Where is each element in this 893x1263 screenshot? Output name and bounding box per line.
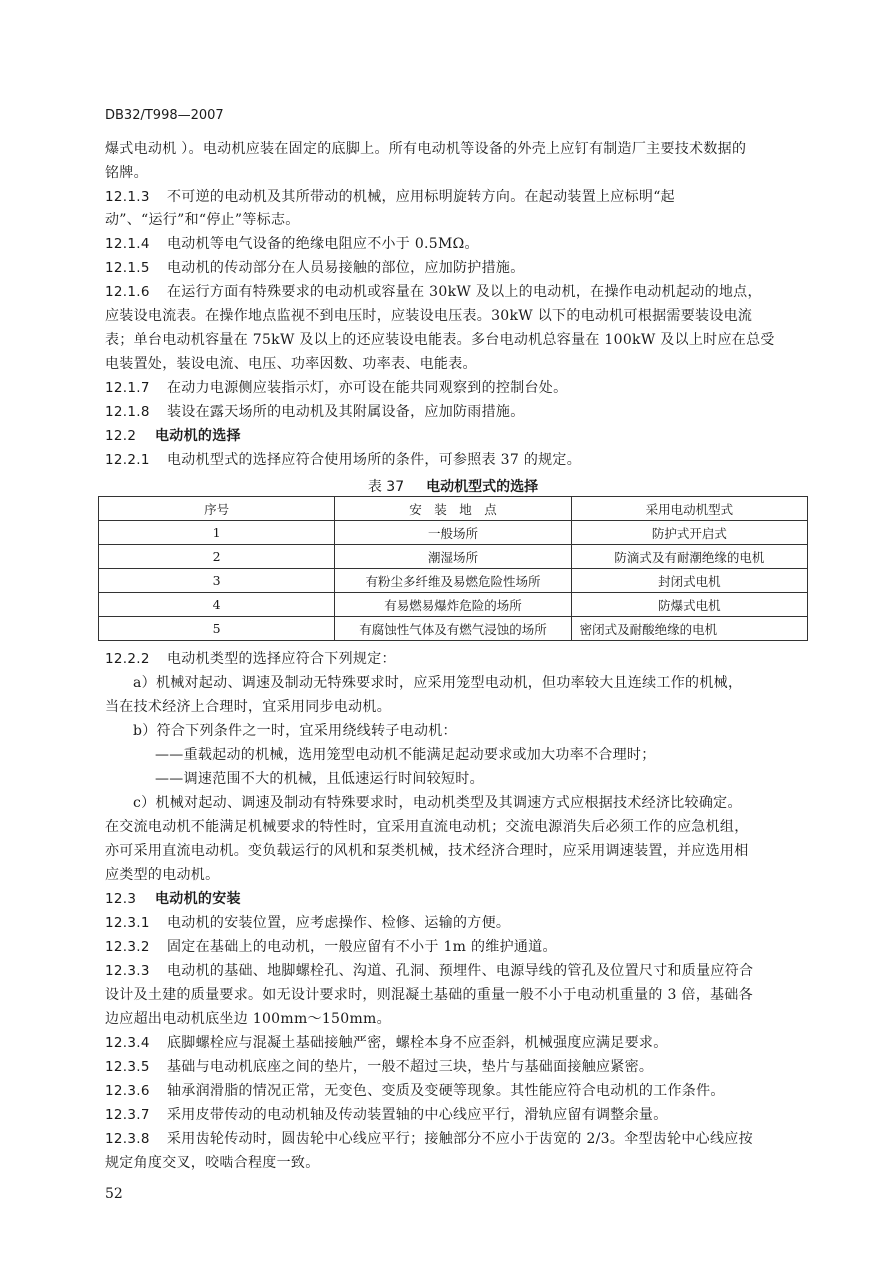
line-text: c）机械对起动、调速及制动有特殊要求时，电动机类型及其调速方式应根据技术经济比较… <box>133 795 742 811</box>
paragraph-line: 爆式电动机 ）。电动机应装在固定的底脚上。所有电动机等设备的外壳上应钉有制造厂主… <box>105 138 805 162</box>
clause-12-3-3: 12.3.3电动机的基础、地脚螺栓孔、沟道、孔洞、预埋件、电源导线的管孔及位置尺… <box>105 960 805 984</box>
clause-text: 不可逆的电动机及其所带动的机械，应用标明旋转方向。在起动装置上应标明“起 <box>167 189 675 205</box>
motor-type-table: 序号 安 装 地 点 采用电动机型式 1 一般场所 防护式开启式 2 潮湿场所 … <box>98 496 808 641</box>
clause-text: 轴承润滑脂的情况正常，无变色、变质及变硬等现象。其性能应符合电动机的工作条件。 <box>167 1083 725 1099</box>
section-number: 12.2 <box>105 425 155 449</box>
paragraph-line: 应类型的电动机。 <box>105 864 805 888</box>
line-text: 边应超出电动机底坐边 100mm～150mm。 <box>105 1011 391 1027</box>
table-cell: 潮湿场所 <box>335 545 571 569</box>
section-number: 12.3 <box>105 888 155 912</box>
list-item-c: c）机械对起动、调速及制动有特殊要求时，电动机类型及其调速方式应根据技术经济比较… <box>105 792 833 816</box>
clause-12-3-7: 12.3.7采用皮带传动的电动机轴及传动装置轴的中心线应平行，滑轨应留有调整余量… <box>105 1104 805 1128</box>
clause-12-1-6: 12.1.6在运行方面有特殊要求的电动机或容量在 30kW 及以上的电动机，在操… <box>105 281 805 305</box>
paragraph-line: 动”、“运行”和“停止”等标志。 <box>105 209 805 233</box>
clause-number: 12.3.3 <box>105 960 167 984</box>
table-cell: 一般场所 <box>335 521 571 545</box>
table-cell: 3 <box>99 569 335 593</box>
clause-text: 基础与电动机底座之间的垫片，一般不超过三块，垫片与基础面接触应紧密。 <box>167 1059 653 1075</box>
clause-12-3-5: 12.3.5基础与电动机底座之间的垫片，一般不超过三块，垫片与基础面接触应紧密。 <box>105 1056 805 1080</box>
table-caption: 表 37电动机型式的选择 <box>98 476 808 496</box>
page-number: 52 <box>105 1186 123 1202</box>
clause-number: 12.1.4 <box>105 233 167 257</box>
table-number: 表 37 <box>368 479 404 495</box>
clause-12-2-1: 12.2.1电动机型式的选择应符合使用场所的条件，可参照表 37 的规定。 <box>105 449 805 473</box>
list-item-a: a）机械对起动、调速及制动无特殊要求时，应采用笼型电动机，但功率较大且连续工作的… <box>105 672 833 696</box>
line-text: 爆式电动机 ）。电动机应装在固定的底脚上。所有电动机等设备的外壳上应钉有制造厂主… <box>105 141 746 157</box>
clause-number: 12.2.1 <box>105 449 167 473</box>
table-row: 1 一般场所 防护式开启式 <box>99 521 808 545</box>
paragraph-line: 铭牌。 <box>105 162 805 186</box>
table-row: 2 潮湿场所 防滴式及有耐潮绝缘的电机 <box>99 545 808 569</box>
clause-number: 12.3.7 <box>105 1104 167 1128</box>
table-cell: 有粉尘多纤维及易燃危险性场所 <box>335 569 571 593</box>
table-cell: 有腐蚀性气体及有燃气浸蚀的场所 <box>335 617 571 641</box>
line-text: 铭牌。 <box>105 165 148 181</box>
table-cell: 有易燃易爆炸危险的场所 <box>335 593 571 617</box>
line-text: ——调速范围不大的机械，且低速运行时间较短时。 <box>155 771 484 787</box>
clause-12-3-8: 12.3.8采用齿轮传动时，圆齿轮中心线应平行；接触部分不应小于齿宽的 2/3。… <box>105 1128 805 1152</box>
clause-number: 12.1.6 <box>105 281 167 305</box>
column-header: 序号 <box>99 497 335 521</box>
clause-12-1-8: 12.1.8装设在露天场所的电动机及其附属设备，应加防雨措施。 <box>105 401 805 425</box>
clause-number: 12.3.1 <box>105 912 167 936</box>
paragraph-line: 亦可采用直流电动机。变负载运行的风机和泵类机械，技术经济合理时，应采用调速装置，… <box>105 840 805 864</box>
clause-text: 采用皮带传动的电动机轴及传动装置轴的中心线应平行，滑轨应留有调整余量。 <box>167 1107 668 1123</box>
paragraph-line: 规定角度交叉，咬啮合程度一致。 <box>105 1152 805 1176</box>
line-text: a）机械对起动、调速及制动无特殊要求时，应采用笼型电动机，但功率较大且连续工作的… <box>133 675 742 691</box>
table-cell: 防爆式电机 <box>571 593 807 617</box>
clause-number: 12.3.8 <box>105 1128 167 1152</box>
dash-item: ——调速范围不大的机械，且低速运行时间较短时。 <box>105 768 855 792</box>
clause-number: 12.2.2 <box>105 648 167 672</box>
clause-12-1-5: 12.1.5电动机的传动部分在人员易接触的部位，应加防护措施。 <box>105 257 805 281</box>
clause-text: 装设在露天场所的电动机及其附属设备，应加防雨措施。 <box>167 404 525 420</box>
clause-text: 电动机类型的选择应符合下列规定： <box>167 651 396 667</box>
table-cell: 封闭式电机 <box>571 569 807 593</box>
clause-12-3-2: 12.3.2固定在基础上的电动机，一般应留有不小于 1m 的维护通道。 <box>105 936 805 960</box>
clause-text: 电动机的传动部分在人员易接触的部位，应加防护措施。 <box>167 260 525 276</box>
clause-12-3-6: 12.3.6轴承润滑脂的情况正常，无变色、变质及变硬等现象。其性能应符合电动机的… <box>105 1080 805 1104</box>
table-row: 3 有粉尘多纤维及易燃危险性场所 封闭式电机 <box>99 569 808 593</box>
line-text: 亦可采用直流电动机。变负载运行的风机和泵类机械，技术经济合理时，应采用调速装置，… <box>105 843 749 859</box>
section-heading-12-2: 12.2电动机的选择 <box>105 425 805 449</box>
clause-number: 12.1.3 <box>105 186 167 210</box>
table-cell: 2 <box>99 545 335 569</box>
line-text: 动”、“运行”和“停止”等标志。 <box>105 212 300 228</box>
table-cell: 密闭式及耐酸绝缘的电机 <box>571 617 807 641</box>
line-text: b）符合下列条件之一时，宜采用绕线转子电动机： <box>133 723 457 739</box>
clause-text: 电动机的基础、地脚螺栓孔、沟道、孔洞、预埋件、电源导线的管孔及位置尺寸和质量应符… <box>167 963 753 979</box>
paragraph-line: 应装设电流表。在操作地点监视不到电压时，应装设电压表。30kW 以下的电动机可根… <box>105 305 805 329</box>
clause-12-3-1: 12.3.1电动机的安装位置，应考虑操作、检修、运输的方便。 <box>105 912 805 936</box>
dash-item: ——重载起动的机械，选用笼型电动机不能满足起动要求或加大功率不合理时； <box>105 744 855 768</box>
column-header: 安 装 地 点 <box>335 497 571 521</box>
line-text: ——重载起动的机械，选用笼型电动机不能满足起动要求或加大功率不合理时； <box>155 747 656 763</box>
table-cell: 1 <box>99 521 335 545</box>
list-item-b: b）符合下列条件之一时，宜采用绕线转子电动机： <box>105 720 833 744</box>
table-header-row: 序号 安 装 地 点 采用电动机型式 <box>99 497 808 521</box>
clause-text: 采用齿轮传动时，圆齿轮中心线应平行；接触部分不应小于齿宽的 2/3。伞型齿轮中心… <box>167 1131 753 1147</box>
paragraph-line: 在交流电动机不能满足机械要求的特性时，宜采用直流电动机；交流电源消失后必须工作的… <box>105 816 805 840</box>
clause-text: 固定在基础上的电动机，一般应留有不小于 1m 的维护通道。 <box>167 939 557 955</box>
clause-text: 底脚螺栓应与混凝土基础接触严密，螺栓本身不应歪斜，机械强度应满足要求。 <box>167 1035 668 1051</box>
document-id-header: DB32/T998—2007 <box>105 108 224 123</box>
table-row: 5 有腐蚀性气体及有燃气浸蚀的场所 密闭式及耐酸绝缘的电机 <box>99 617 808 641</box>
table-row: 4 有易燃易爆炸危险的场所 防爆式电机 <box>99 593 808 617</box>
paragraph-line: 表；单台电动机容量在 75kW 及以上的还应装设电能表。多台电动机总容量在 10… <box>105 329 805 353</box>
section-heading-12-3: 12.3电动机的安装 <box>105 888 805 912</box>
clause-text: 电动机的安装位置，应考虑操作、检修、运输的方便。 <box>167 915 510 931</box>
clause-text: 电动机等电气设备的绝缘电阻应不小于 0.5MΩ。 <box>167 236 479 252</box>
line-text: 表；单台电动机容量在 75kW 及以上的还应装设电能表。多台电动机总容量在 10… <box>105 332 775 348</box>
clause-12-1-4: 12.1.4电动机等电气设备的绝缘电阻应不小于 0.5MΩ。 <box>105 233 805 257</box>
line-text: 规定角度交叉，咬啮合程度一致。 <box>105 1155 320 1171</box>
line-text: 电装置处，装设电流、电压、功率因数、功率表、电能表。 <box>105 356 477 372</box>
clause-12-1-7: 12.1.7在动力电源侧应装指示灯，亦可设在能共同观察到的控制台处。 <box>105 377 805 401</box>
column-header: 采用电动机型式 <box>571 497 807 521</box>
line-text: 设计及土建的质量要求。如无设计要求时，则混凝土基础的重量一般不小于电动机重量的 … <box>105 987 753 1003</box>
clause-12-1-3: 12.1.3不可逆的电动机及其所带动的机械，应用标明旋转方向。在起动装置上应标明… <box>105 186 805 210</box>
clause-text: 电动机型式的选择应符合使用场所的条件，可参照表 37 的规定。 <box>167 452 581 468</box>
clause-12-2-2: 12.2.2电动机类型的选择应符合下列规定： <box>105 648 805 672</box>
line-text: 应类型的电动机。 <box>105 867 219 883</box>
paragraph-line: 边应超出电动机底坐边 100mm～150mm。 <box>105 1008 805 1032</box>
paragraph-line: 当在技术经济上合理时，宜采用同步电动机。 <box>105 696 805 720</box>
section-title: 电动机的选择 <box>155 428 241 444</box>
line-text: 在交流电动机不能满足机械要求的特性时，宜采用直流电动机；交流电源消失后必须工作的… <box>105 819 749 835</box>
clause-text: 在运行方面有特殊要求的电动机或容量在 30kW 及以上的电动机，在操作电动机起动… <box>167 284 762 300</box>
table-cell: 防滴式及有耐潮绝缘的电机 <box>571 545 807 569</box>
paragraph-line: 设计及土建的质量要求。如无设计要求时，则混凝土基础的重量一般不小于电动机重量的 … <box>105 984 805 1008</box>
table-title: 电动机型式的选择 <box>426 479 538 495</box>
section-title: 电动机的安装 <box>155 891 241 907</box>
clause-number: 12.3.2 <box>105 936 167 960</box>
clause-number: 12.3.4 <box>105 1032 167 1056</box>
table-cell: 防护式开启式 <box>571 521 807 545</box>
paragraph-line: 电装置处，装设电流、电压、功率因数、功率表、电能表。 <box>105 353 805 377</box>
clause-text: 在动力电源侧应装指示灯，亦可设在能共同观察到的控制台处。 <box>167 380 567 396</box>
clause-12-3-4: 12.3.4底脚螺栓应与混凝土基础接触严密，螺栓本身不应歪斜，机械强度应满足要求… <box>105 1032 805 1056</box>
clause-number: 12.1.5 <box>105 257 167 281</box>
line-text: 应装设电流表。在操作地点监视不到电压时，应装设电压表。30kW 以下的电动机可根… <box>105 308 752 324</box>
clause-number: 12.1.8 <box>105 401 167 425</box>
clause-number: 12.1.7 <box>105 377 167 401</box>
line-text: 当在技术经济上合理时，宜采用同步电动机。 <box>105 699 391 715</box>
document-page: DB32/T998—2007 爆式电动机 ）。电动机应装在固定的底脚上。所有电动… <box>0 0 893 1263</box>
clause-number: 12.3.6 <box>105 1080 167 1104</box>
table-cell: 4 <box>99 593 335 617</box>
clause-number: 12.3.5 <box>105 1056 167 1080</box>
table-cell: 5 <box>99 617 335 641</box>
